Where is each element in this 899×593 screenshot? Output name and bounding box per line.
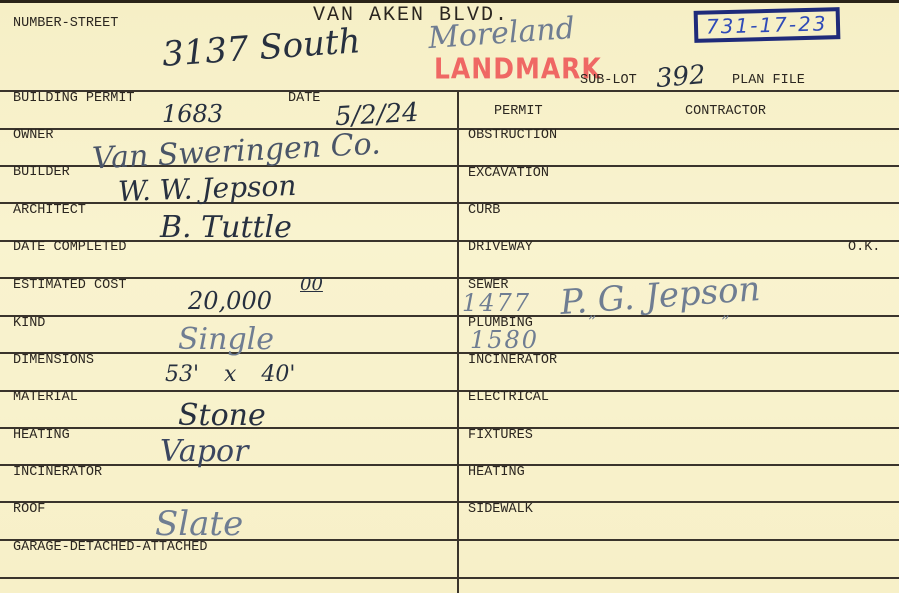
builder-label: BUILDER bbox=[13, 165, 70, 180]
rule bbox=[0, 240, 899, 242]
curb-label: CURB bbox=[468, 203, 500, 218]
sidewalk-label: SIDEWALK bbox=[468, 502, 533, 517]
rule bbox=[0, 501, 899, 503]
date-label: DATE bbox=[288, 91, 320, 106]
date-completed-label: DATE COMPLETED bbox=[13, 240, 126, 255]
rule bbox=[0, 277, 899, 279]
incinerator-label: INCINERATOR bbox=[13, 465, 102, 480]
estimated-cost-value: 20,000 bbox=[188, 287, 272, 315]
rule bbox=[0, 427, 899, 429]
fixtures-label: FIXTURES bbox=[468, 428, 533, 443]
heating-label: HEATING bbox=[13, 428, 70, 443]
kind-label: KIND bbox=[13, 316, 45, 331]
obstruction-label: OBSTRUCTION bbox=[468, 128, 557, 143]
owner-label: OWNER bbox=[13, 128, 54, 143]
architect-label: ARCHITECT bbox=[13, 203, 86, 218]
rule bbox=[0, 464, 899, 466]
sub-lot-label: SUB-LOT bbox=[580, 73, 637, 88]
building-permit-label: BUILDING PERMIT bbox=[13, 91, 135, 106]
excavation-label: EXCAVATION bbox=[468, 166, 549, 181]
heating-permit-label: HEATING bbox=[468, 465, 525, 480]
heating-value: Vapor bbox=[160, 434, 248, 469]
plumbing-permit-number: 1580 bbox=[470, 326, 539, 354]
kind-value: Single bbox=[178, 322, 274, 357]
building-permit-value: 1683 bbox=[162, 100, 223, 128]
incinerator-permit-label: INCINERATOR bbox=[468, 353, 557, 368]
dimensions-label: DIMENSIONS bbox=[13, 353, 94, 368]
rule bbox=[0, 315, 899, 317]
rule bbox=[0, 90, 899, 92]
architect-value: B. Tuttle bbox=[160, 210, 292, 245]
rule bbox=[0, 390, 899, 392]
parcel-number-stamp: 731-17-23 bbox=[694, 7, 840, 43]
column-divider bbox=[457, 90, 459, 593]
number-street-label: NUMBER-STREET bbox=[13, 16, 118, 31]
dimensions-value: 53' x 40' bbox=[165, 362, 295, 387]
builder-value: W. W. Jepson bbox=[117, 169, 296, 208]
sub-lot-value: 392 bbox=[655, 60, 707, 94]
estimated-cost-cents: 00 bbox=[300, 274, 323, 295]
material-value: Stone bbox=[178, 398, 266, 433]
owner-value: Van Sweringen Co. bbox=[91, 126, 381, 176]
rule bbox=[0, 352, 899, 354]
material-label: MATERIAL bbox=[13, 390, 78, 405]
driveway-label: DRIVEWAY bbox=[468, 240, 533, 255]
permit-column-header: PERMIT bbox=[494, 104, 543, 119]
plan-file-label: PLAN FILE bbox=[732, 73, 805, 88]
contractor-column-header: CONTRACTOR bbox=[685, 104, 766, 119]
roof-label: ROOF bbox=[13, 502, 45, 517]
building-permit-card: NUMBER-STREET VAN AKEN BLVD. 3137 South … bbox=[0, 0, 899, 593]
house-number-handwritten: 3137 South bbox=[161, 21, 362, 75]
rule bbox=[0, 577, 899, 579]
landmark-stamp: LANDMARK bbox=[434, 52, 602, 85]
roof-value: Slate bbox=[155, 504, 243, 544]
plumbing-contractor-ditto: ” ” bbox=[588, 312, 729, 331]
sewer-permit-number: 1477 bbox=[462, 289, 531, 317]
rule bbox=[0, 128, 899, 130]
driveway-ok-note: O.K. bbox=[848, 240, 880, 255]
estimated-cost-label: ESTIMATED COST bbox=[13, 278, 126, 293]
electrical-label: ELECTRICAL bbox=[468, 390, 549, 405]
card-top-edge bbox=[0, 0, 899, 3]
